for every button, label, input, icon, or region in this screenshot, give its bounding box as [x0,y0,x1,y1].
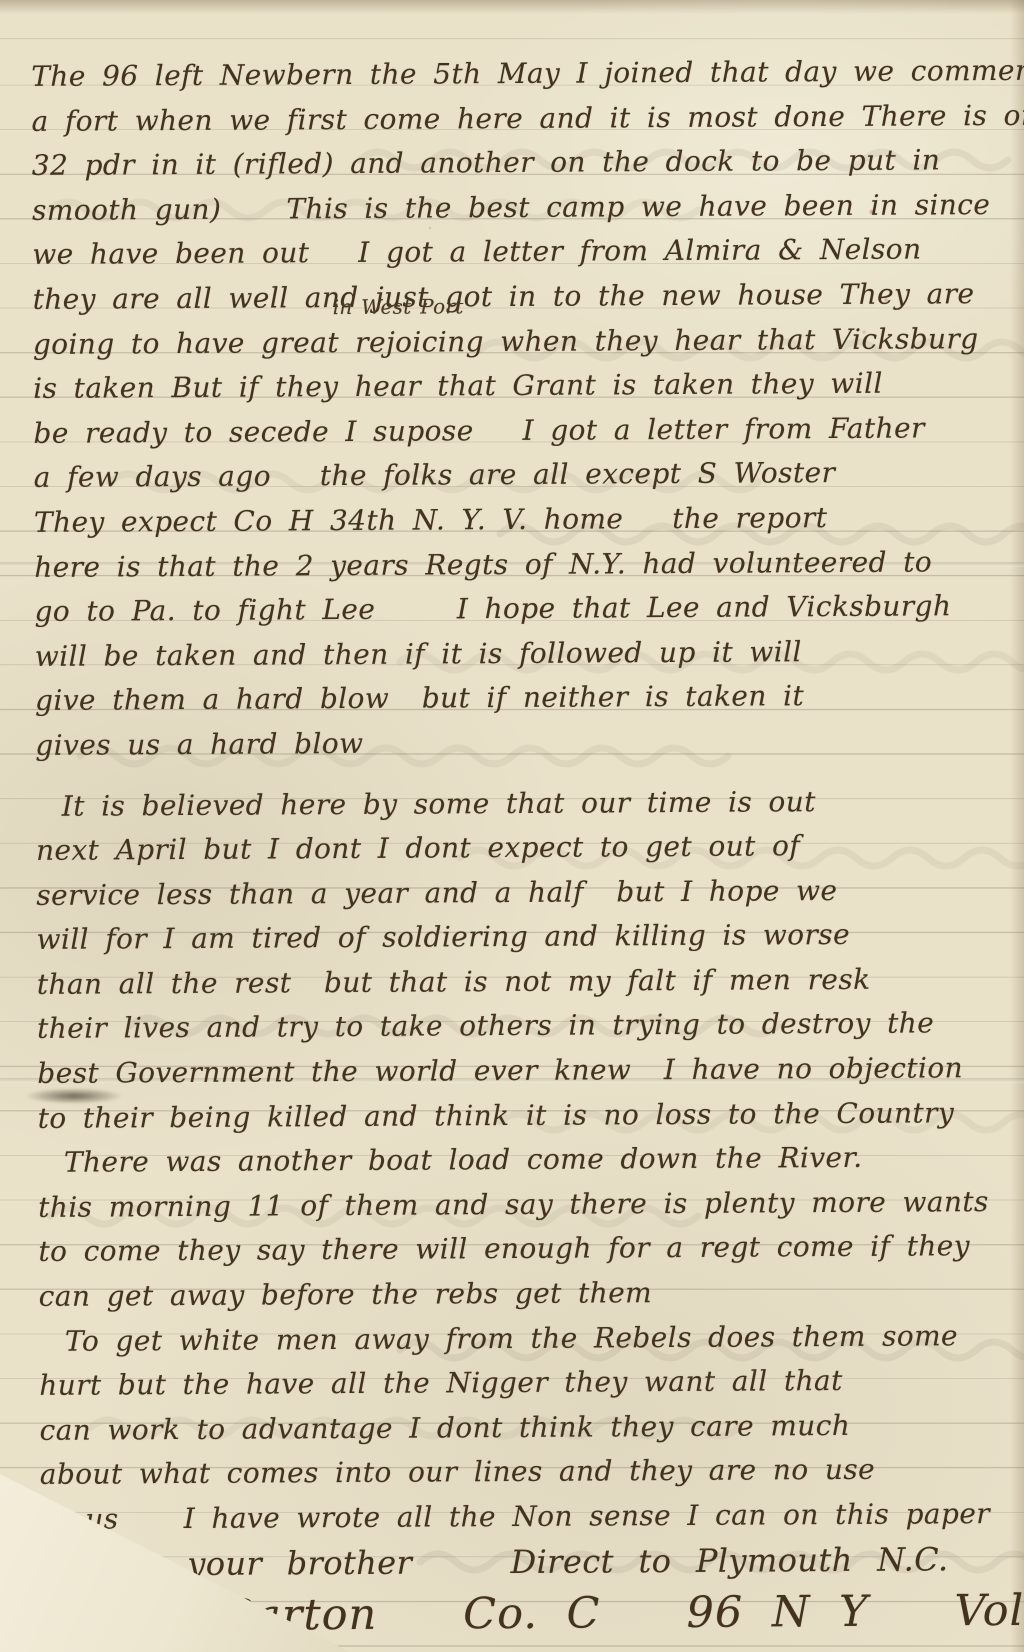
letter-page: The 96 left Newbern the 5th May I joined… [0,0,1024,1652]
letter-line: be ready to secede I supose I got a lett… [33,406,1013,457]
letter-line: a few days ago the folks are all except … [34,450,1014,501]
letter-line: than all the rest but that is not my fal… [37,957,1017,1008]
letter-line: they are all well and just got in to the… [33,272,1013,323]
letter-line: about what comes into our lines and they… [40,1447,1020,1498]
letter-line: smooth gun) This is the best camp we hav… [32,183,1012,234]
letter-line: best Government the world ever knew I ha… [37,1046,1017,1097]
letter-line: can get away before the rebs get them [39,1269,1019,1320]
letter-line: will for I am tired of soldiering and ki… [36,912,1016,963]
letter-line: next April but I dont I dont expect to g… [36,823,1016,874]
letter-line: a fort when we first come here and it is… [31,94,1011,145]
letter-line: They expect Co H 34th N. Y. V. home the … [34,495,1014,546]
letter-line: hurt but the have all the Nigger they wa… [39,1358,1019,1409]
letter-line: go to Pa. to fight Lee I hope that Lee a… [34,584,1014,635]
letter-line: The 96 left Newbern the 5th May I joined… [31,49,1011,100]
letter-line: this morning 11 of them and say there is… [38,1180,1018,1231]
letter-line: It is believed here by some that our tim… [36,778,1016,829]
letter-line: service less than a year and a half but … [36,868,1016,919]
letter-line: will be taken and then if it is followed… [35,629,1015,680]
letter-line: gives us a hard blow [35,718,1015,769]
letter-line: their lives and try to take others in tr… [37,1001,1017,1052]
letter-line: is taken But if they hear that Grant is … [33,361,1013,412]
letter-line: we have been out I got a letter from Alm… [32,227,1012,278]
letter-line: can work to advantage I dont think they … [39,1403,1019,1454]
letter-line: To get white men away from the Rebels do… [39,1314,1019,1365]
letter-line: give them a hard blow but if neither is … [35,673,1015,724]
letter-line: to their being killed and think it is no… [38,1091,1018,1142]
interlinear-insertion: in West Port [333,296,464,317]
letter-line: There was another boat load come down th… [38,1135,1018,1186]
letter-line: 32 pdr in it (rifled) and another on the… [32,138,1012,189]
letter-body: The 96 left Newbern the 5th May I joined… [0,49,1024,1647]
letter-line: here is that the 2 years Regts of N.Y. h… [34,539,1014,590]
letter-line: to us I have wrote all the Non sense I c… [40,1492,1020,1543]
letter-line: to come they say there will enough for a… [38,1224,1018,1275]
letter-line: going to have great rejoicing when they … [33,316,1013,367]
